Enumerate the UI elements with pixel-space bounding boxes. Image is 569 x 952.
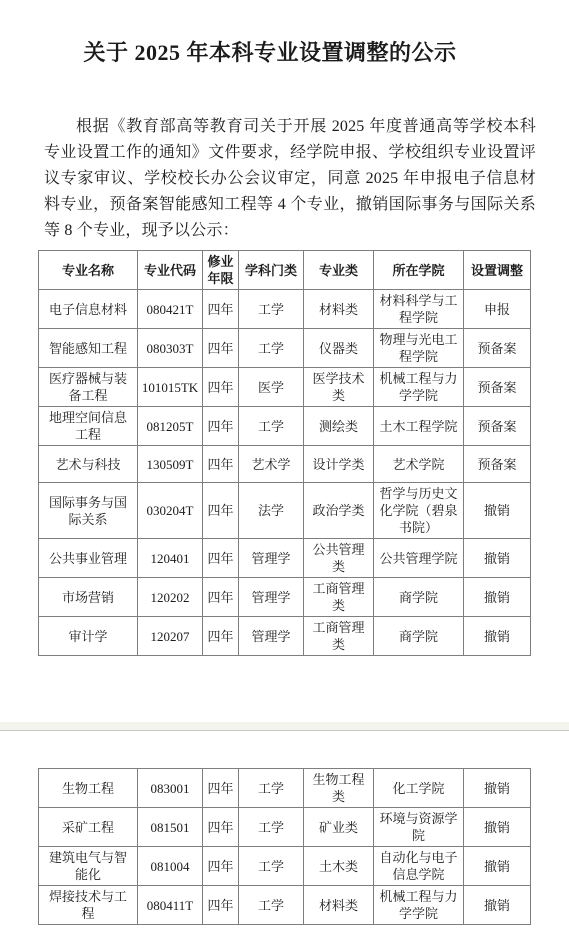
table-cell: 仪器类 — [304, 329, 374, 368]
table-cell: 081205T — [138, 407, 203, 446]
table-cell: 政治学类 — [304, 483, 374, 539]
table-cell: 120202 — [138, 578, 203, 617]
table-cell: 哲学与历史文化学院（碧泉书院） — [374, 483, 464, 539]
table-cell: 120401 — [138, 539, 203, 578]
column-header: 专业类 — [304, 251, 374, 290]
table-cell: 地理空间信息工程 — [39, 407, 138, 446]
table-cell: 工商管理类 — [304, 578, 374, 617]
table-cell: 撤销 — [464, 847, 531, 886]
table-cell: 矿业类 — [304, 808, 374, 847]
column-header: 所在学院 — [374, 251, 464, 290]
table-cell: 四年 — [203, 368, 239, 407]
table-cell: 083001 — [138, 769, 203, 808]
column-header: 专业名称 — [39, 251, 138, 290]
table-cell: 四年 — [203, 329, 239, 368]
table-cell: 四年 — [203, 290, 239, 329]
table-row: 地理空间信息工程081205T四年工学测绘类土木工程学院预备案 — [39, 407, 531, 446]
table-cell: 材料科学与工程学院 — [374, 290, 464, 329]
table-row: 采矿工程081501四年工学矿业类环境与资源学院撤销 — [39, 808, 531, 847]
table-cell: 四年 — [203, 578, 239, 617]
page-1: 关于 2025 年本科专业设置调整的公示 根据《教育部高等教育司关于开展 202… — [0, 0, 569, 722]
table-cell: 材料类 — [304, 290, 374, 329]
table-cell: 撤销 — [464, 769, 531, 808]
table-cell: 物理与光电工程学院 — [374, 329, 464, 368]
table-cell: 四年 — [203, 769, 239, 808]
majors-table-page2: 生物工程083001四年工学生物工程类化工学院撤销采矿工程081501四年工学矿… — [38, 768, 531, 925]
table-cell: 艺术与科技 — [39, 446, 138, 483]
table-cell: 机械工程与力学学院 — [374, 368, 464, 407]
table-cell: 工商管理类 — [304, 617, 374, 656]
table-cell: 机械工程与力学学院 — [374, 886, 464, 925]
document-viewport: { "colors": { "page_background": "#fffff… — [0, 0, 569, 952]
table-cell: 电子信息材料 — [39, 290, 138, 329]
table-cell: 工学 — [239, 808, 304, 847]
table-header-row: 专业名称专业代码修业年限学科门类专业类所在学院设置调整 — [39, 251, 531, 290]
majors-table-page1: 专业名称专业代码修业年限学科门类专业类所在学院设置调整 电子信息材料080421… — [38, 250, 531, 656]
table-cell: 030204T — [138, 483, 203, 539]
table-cell: 焊接技术与工程 — [39, 886, 138, 925]
page-separator — [0, 722, 569, 731]
table-cell: 130509T — [138, 446, 203, 483]
table-cell: 工学 — [239, 329, 304, 368]
table-cell: 四年 — [203, 446, 239, 483]
table-cell: 市场营销 — [39, 578, 138, 617]
table-cell: 工学 — [239, 769, 304, 808]
table-cell: 土木类 — [304, 847, 374, 886]
table-row: 焊接技术与工程080411T四年工学材料类机械工程与力学学院撤销 — [39, 886, 531, 925]
table-cell: 艺术学 — [239, 446, 304, 483]
intro-paragraph: 根据《教育部高等教育司关于开展 2025 年度普通高等学校本科专业设置工作的通知… — [44, 114, 536, 244]
table-cell: 公共事业管理 — [39, 539, 138, 578]
table-cell: 环境与资源学院 — [374, 808, 464, 847]
table-row: 生物工程083001四年工学生物工程类化工学院撤销 — [39, 769, 531, 808]
table-cell: 撤销 — [464, 483, 531, 539]
table-row: 艺术与科技130509T四年艺术学设计学类艺术学院预备案 — [39, 446, 531, 483]
table-cell: 智能感知工程 — [39, 329, 138, 368]
table-cell: 设计学类 — [304, 446, 374, 483]
majors-table-body-page1: 电子信息材料080421T四年工学材料类材料科学与工程学院申报智能感知工程080… — [39, 290, 531, 656]
table-cell: 预备案 — [464, 407, 531, 446]
table-cell: 化工学院 — [374, 769, 464, 808]
table-cell: 管理学 — [239, 617, 304, 656]
table-row: 智能感知工程080303T四年工学仪器类物理与光电工程学院预备案 — [39, 329, 531, 368]
table-cell: 撤销 — [464, 578, 531, 617]
table-row: 公共事业管理120401四年管理学公共管理类公共管理学院撤销 — [39, 539, 531, 578]
table-cell: 工学 — [239, 290, 304, 329]
table-cell: 120207 — [138, 617, 203, 656]
table-cell: 艺术学院 — [374, 446, 464, 483]
table-cell: 自动化与电子信息学院 — [374, 847, 464, 886]
majors-table-body-page2: 生物工程083001四年工学生物工程类化工学院撤销采矿工程081501四年工学矿… — [39, 769, 531, 925]
table-cell: 国际事务与国际关系 — [39, 483, 138, 539]
table-cell: 医疗器械与装备工程 — [39, 368, 138, 407]
table-cell: 081501 — [138, 808, 203, 847]
table-cell: 预备案 — [464, 329, 531, 368]
column-header: 设置调整 — [464, 251, 531, 290]
table-cell: 采矿工程 — [39, 808, 138, 847]
table-cell: 管理学 — [239, 578, 304, 617]
table-cell: 商学院 — [374, 578, 464, 617]
table-cell: 工学 — [239, 847, 304, 886]
table-row: 电子信息材料080421T四年工学材料类材料科学与工程学院申报 — [39, 290, 531, 329]
table-cell: 公共管理类 — [304, 539, 374, 578]
table-cell: 预备案 — [464, 446, 531, 483]
table-cell: 预备案 — [464, 368, 531, 407]
table-row: 医疗器械与装备工程101015TK四年医学医学技术类机械工程与力学学院预备案 — [39, 368, 531, 407]
table-cell: 080411T — [138, 886, 203, 925]
table-cell: 建筑电气与智能化 — [39, 847, 138, 886]
table-cell: 四年 — [203, 886, 239, 925]
column-header: 专业代码 — [138, 251, 203, 290]
table-cell: 撤销 — [464, 808, 531, 847]
table-cell: 法学 — [239, 483, 304, 539]
table-cell: 四年 — [203, 539, 239, 578]
column-header: 学科门类 — [239, 251, 304, 290]
table-cell: 101015TK — [138, 368, 203, 407]
table-cell: 080421T — [138, 290, 203, 329]
document-title: 关于 2025 年本科专业设置调整的公示 — [44, 38, 496, 68]
table-cell: 四年 — [203, 847, 239, 886]
table-cell: 土木工程学院 — [374, 407, 464, 446]
table-cell: 商学院 — [374, 617, 464, 656]
table-cell: 医学技术类 — [304, 368, 374, 407]
table-row: 市场营销120202四年管理学工商管理类商学院撤销 — [39, 578, 531, 617]
table-cell: 工学 — [239, 407, 304, 446]
table-cell: 管理学 — [239, 539, 304, 578]
table-cell: 医学 — [239, 368, 304, 407]
table-cell: 四年 — [203, 617, 239, 656]
table-cell: 四年 — [203, 808, 239, 847]
table-row: 建筑电气与智能化081004四年工学土木类自动化与电子信息学院撤销 — [39, 847, 531, 886]
page-2: 生物工程083001四年工学生物工程类化工学院撤销采矿工程081501四年工学矿… — [0, 731, 569, 952]
table-cell: 081004 — [138, 847, 203, 886]
table-cell: 撤销 — [464, 617, 531, 656]
table-cell: 测绘类 — [304, 407, 374, 446]
column-header: 修业年限 — [203, 251, 239, 290]
table-cell: 公共管理学院 — [374, 539, 464, 578]
table-cell: 撤销 — [464, 539, 531, 578]
table-cell: 撤销 — [464, 886, 531, 925]
table-cell: 工学 — [239, 886, 304, 925]
table-cell: 生物工程 — [39, 769, 138, 808]
table-cell: 四年 — [203, 407, 239, 446]
table-cell: 080303T — [138, 329, 203, 368]
table-cell: 材料类 — [304, 886, 374, 925]
table-row: 审计学120207四年管理学工商管理类商学院撤销 — [39, 617, 531, 656]
table-cell: 生物工程类 — [304, 769, 374, 808]
table-cell: 申报 — [464, 290, 531, 329]
table-cell: 四年 — [203, 483, 239, 539]
table-cell: 审计学 — [39, 617, 138, 656]
table-row: 国际事务与国际关系030204T四年法学政治学类哲学与历史文化学院（碧泉书院）撤… — [39, 483, 531, 539]
